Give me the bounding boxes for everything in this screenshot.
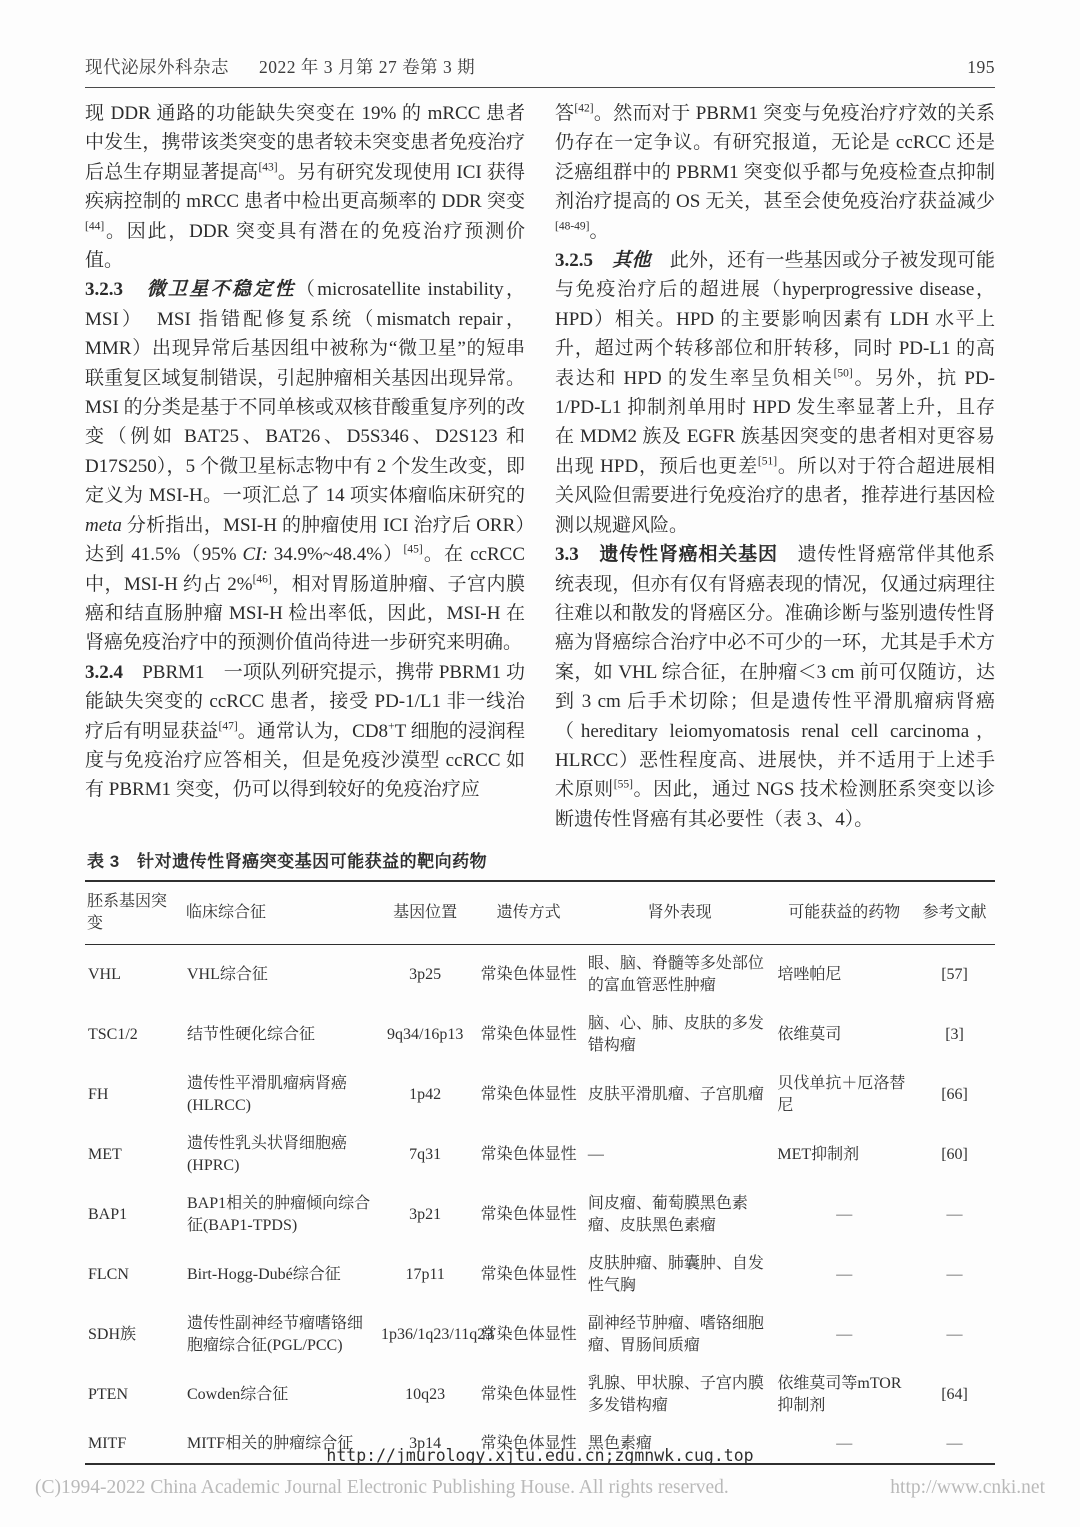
table-row: MET遗传性乳头状肾细胞癌(HPRC)7q31常染色体显性—MET抑制剂[60] — [85, 1125, 995, 1185]
journal-page: 现代泌尿外科杂志2022 年 3 月第 27 卷第 3 期 195 现 DDR … — [0, 0, 1080, 1465]
table-row: SDH族遗传性副神经节瘤嗜铬细胞瘤综合征(PGL/PCC)1p36/1q23/1… — [85, 1305, 995, 1365]
text-run: 遗传性肾癌常伴其他系统表现，但亦有仅有肾癌表现的情况，仅通过病理往往难以和散发的… — [555, 544, 995, 800]
paragraph: 3.2.3 微卫星不稳定性（microsatellite instability… — [85, 275, 525, 657]
left-column: 现 DDR 通路的功能缺失突变在 19% 的 mRCC 患者中发生，携带该类突变… — [85, 99, 525, 834]
table-cell: 10q23 — [378, 1365, 472, 1425]
article-body: 现 DDR 通路的功能缺失突变在 19% 的 mRCC 患者中发生，携带该类突变… — [85, 99, 995, 834]
table-cell: 遗传性副神经节瘤嗜铬细胞瘤综合征(PGL/PCC) — [184, 1305, 378, 1365]
table-cell: 9q34/16p13 — [378, 1005, 472, 1065]
table-cell: — — [914, 1245, 995, 1305]
table-row: FLCNBirt-Hogg-Dubé综合征17p11常染色体显性皮肤肿瘤、肺囊肿… — [85, 1245, 995, 1305]
text-run: 。 — [590, 221, 609, 242]
text-run: 3.3 — [555, 544, 579, 565]
cnki-url: http://www.cnki.net — [890, 1477, 1045, 1499]
table-cell: 1p42 — [378, 1065, 472, 1125]
footer-url: http://jmurology.xjtu.edu.cn;zgmnwk.cug.… — [0, 1446, 1080, 1465]
table-cell: VHL — [85, 945, 184, 1006]
paragraph: 3.2.5 其他 此外，还有一些基因或分子被发现可能与免疫治疗后的超进展（hyp… — [555, 246, 995, 540]
journal-issue: 2022 年 3 月第 27 卷第 3 期 — [259, 57, 475, 77]
text-run: 其他 — [612, 250, 650, 271]
table-row: PTENCowden综合征10q23常染色体显性乳腺、甲状腺、子宫内膜多发错构瘤… — [85, 1365, 995, 1425]
text-run: （microsatellite instability，MSI） MSI 指错配… — [85, 279, 525, 506]
table-cell: [60] — [914, 1125, 995, 1185]
footer-copyright: (C)1994-2022 China Academic Journal Elec… — [35, 1477, 1045, 1499]
table-cell: 常染色体显性 — [472, 1125, 585, 1185]
table-cell: Birt-Hogg-Dubé综合征 — [184, 1245, 378, 1305]
table-cell: 常染色体显性 — [472, 1005, 585, 1065]
column-header: 遗传方式 — [472, 881, 585, 945]
table-cell: TSC1/2 — [85, 1005, 184, 1065]
text-run: 微卫星不稳定性 — [147, 279, 296, 300]
citation-ref: [43] — [258, 161, 277, 173]
table-cell: FLCN — [85, 1245, 184, 1305]
table-cell: MET — [85, 1125, 184, 1185]
table-cell: 依维莫司等mTOR抑制剂 — [774, 1365, 914, 1425]
table-cell: 眼、脑、脊髓等多处部位的富血管恶性肿瘤 — [585, 945, 774, 1006]
citation-ref: [55] — [614, 779, 633, 791]
table-cell: — — [585, 1125, 774, 1185]
citation-ref: [44] — [85, 220, 104, 232]
text-run — [123, 279, 147, 300]
citation-ref: [51] — [758, 456, 777, 468]
text-run: 。因此，DDR 突变具有潜在的免疫治疗预测价值。 — [85, 221, 525, 271]
table-cell: — — [774, 1305, 914, 1365]
table-cell: Cowden综合征 — [184, 1365, 378, 1425]
column-header: 临床综合征 — [184, 881, 378, 945]
text-run: 3.2.4 — [85, 662, 123, 683]
table-cell: 脑、心、肺、皮肤的多发错构瘤 — [585, 1005, 774, 1065]
header-left: 现代泌尿外科杂志2022 年 3 月第 27 卷第 3 期 — [85, 54, 475, 79]
page-header: 现代泌尿外科杂志2022 年 3 月第 27 卷第 3 期 195 — [85, 54, 995, 79]
table-cell: [66] — [914, 1065, 995, 1125]
table-caption: 表 3 针对遗传性肾癌突变基因可能获益的靶向药物 — [87, 847, 995, 872]
text-run: 遗传性肾癌相关基因 — [599, 544, 777, 565]
text-run: 3.2.3 — [85, 279, 123, 300]
text-run: CI: — [242, 544, 267, 565]
column-header: 胚系基因突变 — [85, 881, 184, 945]
table-cell: — — [914, 1185, 995, 1245]
right-column: 答[42]。然而对于 PBRM1 突变与免疫治疗疗效的关系仍存在一定争议。有研究… — [555, 99, 995, 834]
table-cell: SDH族 — [85, 1305, 184, 1365]
table-cell: FH — [85, 1065, 184, 1125]
column-header: 参考文献 — [914, 881, 995, 945]
text-run: 34.9%~48.4%） — [268, 544, 404, 565]
citation-ref: [50] — [834, 367, 853, 379]
text-run: 3.2.5 — [555, 250, 593, 271]
table-cell: 常染色体显性 — [472, 945, 585, 1006]
journal-title: 现代泌尿外科杂志 — [85, 57, 229, 77]
text-run: 答 — [555, 103, 574, 124]
table-body: VHLVHL综合征3p25常染色体显性眼、脑、脊髓等多处部位的富血管恶性肿瘤培唑… — [85, 945, 995, 1465]
table-header-row: 胚系基因突变临床综合征基因位置遗传方式肾外表现可能获益的药物参考文献 — [85, 881, 995, 945]
citation-ref: [47] — [219, 720, 238, 732]
table-cell: 遗传性乳头状肾细胞癌(HPRC) — [184, 1125, 378, 1185]
table-cell: BAP1 — [85, 1185, 184, 1245]
table-cell: 依维莫司 — [774, 1005, 914, 1065]
table-cell: — — [774, 1245, 914, 1305]
table-cell: 3p25 — [378, 945, 472, 1006]
table-cell: VHL综合征 — [184, 945, 378, 1006]
page-number: 195 — [967, 57, 995, 78]
table-cell: 7q31 — [378, 1125, 472, 1185]
table-cell: 贝伐单抗＋厄洛替尼 — [774, 1065, 914, 1125]
table-cell: 3p21 — [378, 1185, 472, 1245]
table-cell: — — [914, 1305, 995, 1365]
table-cell: PTEN — [85, 1365, 184, 1425]
table-cell: 常染色体显性 — [472, 1365, 585, 1425]
text-run: 。然而对于 PBRM1 突变与免疫治疗疗效的关系仍存在一定争议。有研究报道，无论… — [555, 103, 995, 212]
table-row: VHLVHL综合征3p25常染色体显性眼、脑、脊髓等多处部位的富血管恶性肿瘤培唑… — [85, 945, 995, 1006]
citation-ref: [42] — [574, 103, 593, 115]
paragraph: 答[42]。然而对于 PBRM1 突变与免疫治疗疗效的关系仍存在一定争议。有研究… — [555, 99, 995, 246]
column-header: 可能获益的药物 — [774, 881, 914, 945]
copyright-text: (C)1994-2022 China Academic Journal Elec… — [35, 1477, 729, 1499]
citation-ref: [46] — [253, 573, 272, 585]
paragraph: 现 DDR 通路的功能缺失突变在 19% 的 mRCC 患者中发生，携带该类突变… — [85, 99, 525, 275]
table-cell: 培唑帕尼 — [774, 945, 914, 1006]
table-cell: 1p36/1q23/11q23 — [378, 1305, 472, 1365]
table-cell: [57] — [914, 945, 995, 1006]
table-cell: 皮肤肿瘤、肺囊肿、自发性气胸 — [585, 1245, 774, 1305]
table-cell: 常染色体显性 — [472, 1065, 585, 1125]
column-header: 基因位置 — [378, 881, 472, 945]
table-row: BAP1BAP1相关的肿瘤倾向综合征(BAP1-TPDS)3p21常染色体显性间… — [85, 1185, 995, 1245]
table-cell: 乳腺、甲状腺、子宫内膜多发错构瘤 — [585, 1365, 774, 1425]
table-cell: BAP1相关的肿瘤倾向综合征(BAP1-TPDS) — [184, 1185, 378, 1245]
paragraph: 3.3 遗传性肾癌相关基因 遗传性肾癌常伴其他系统表现，但亦有仅有肾癌表现的情况… — [555, 540, 995, 834]
table-cell: 常染色体显性 — [472, 1305, 585, 1365]
text-run: 。通常认为，CD8 — [238, 721, 388, 742]
text-run — [593, 250, 612, 271]
paragraph: 3.2.4 PBRM1 一项队列研究提示，携带 PBRM1 功能缺失突变的 cc… — [85, 658, 525, 805]
table-cell: 常染色体显性 — [472, 1185, 585, 1245]
table-cell: [64] — [914, 1365, 995, 1425]
table-cell: — — [774, 1185, 914, 1245]
table-cell: MET抑制剂 — [774, 1125, 914, 1185]
citation-ref: [45] — [404, 544, 423, 556]
table-cell: 间皮瘤、葡萄膜黑色素瘤、皮肤黑色素瘤 — [585, 1185, 774, 1245]
table-row: TSC1/2结节性硬化综合征9q34/16p13常染色体显性脑、心、肺、皮肤的多… — [85, 1005, 995, 1065]
table-cell: 常染色体显性 — [472, 1245, 585, 1305]
table-cell: 结节性硬化综合征 — [184, 1005, 378, 1065]
text-run: meta — [85, 515, 122, 536]
column-header: 肾外表现 — [585, 881, 774, 945]
table-row: FH遗传性平滑肌瘤病肾癌(HLRCC)1p42常染色体显性皮肤平滑肌瘤、子宫肌瘤… — [85, 1065, 995, 1125]
table-cell: 皮肤平滑肌瘤、子宫肌瘤 — [585, 1065, 774, 1125]
table-cell: 副神经节肿瘤、嗜铬细胞瘤、胃肠间质瘤 — [585, 1305, 774, 1365]
table-cell: 17p11 — [378, 1245, 472, 1305]
table-cell: 遗传性平滑肌瘤病肾癌(HLRCC) — [184, 1065, 378, 1125]
table-cell: [3] — [914, 1005, 995, 1065]
citation-ref: [48-49] — [555, 220, 590, 232]
text-run — [579, 544, 600, 565]
header-rule — [85, 87, 995, 88]
gene-table: 胚系基因突变临床综合征基因位置遗传方式肾外表现可能获益的药物参考文献 VHLVH… — [85, 880, 995, 1465]
